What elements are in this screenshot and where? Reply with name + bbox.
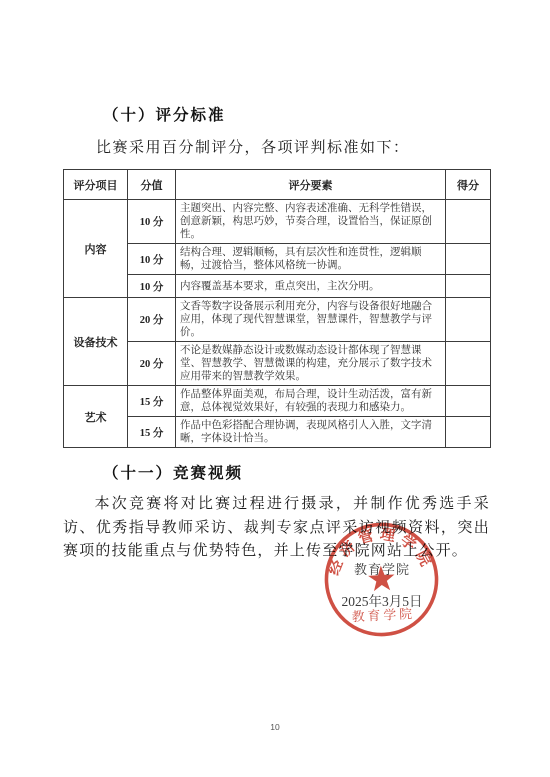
table-row: 15 分 作品中色彩搭配合理协调，表现风格引人入胜，文字清晰，字体设计恰当。 <box>64 417 491 448</box>
criteria-cell: 结构合理、逻辑顺畅，具有层次性和连贯性，逻辑顺畅，过渡恰当，整体风格统一协调。 <box>176 244 446 275</box>
earned-cell <box>446 244 491 275</box>
score-cell: 10 分 <box>128 200 176 244</box>
section-heading-scoring-standards: （十）评分标准 <box>103 0 490 125</box>
column-header-earned: 得分 <box>446 170 491 200</box>
table-row: 10 分 内容覆盖基本要求，重点突出，主次分明。 <box>64 275 491 298</box>
score-cell: 15 分 <box>128 386 176 417</box>
scoring-intro-text: 比赛采用百分制评分，各项评判标准如下： <box>63 136 490 157</box>
score-cell: 15 分 <box>128 417 176 448</box>
criteria-cell: 不论是数媒静态设计或数媒动态设计都体现了智慧课堂、智慧教学、智慧微课的构建，充分… <box>176 342 446 386</box>
scoring-table: 评分项目 分值 评分要素 得分 内容 10 分 主题突出、内容完整、内容表述准确… <box>63 169 491 448</box>
criteria-cell: 主题突出、内容完整、内容表述准确、无科学性错误，创意新颖，构思巧妙，节奏合理，设… <box>176 200 446 244</box>
group-cell-art: 艺术 <box>64 386 128 448</box>
group-cell-equipment-tech: 设备技术 <box>64 298 128 386</box>
group-cell-content: 内容 <box>64 200 128 298</box>
page-number: 10 <box>0 722 550 732</box>
document-page: （十）评分标准 比赛采用百分制评分，各项评判标准如下： 评分项目 分值 评分要素… <box>0 0 550 777</box>
criteria-cell: 作品整体界面美观，布局合理，设计生动活泼，富有新意，总体视觉效果好，有较强的表现… <box>176 386 446 417</box>
score-cell: 20 分 <box>128 298 176 342</box>
earned-cell <box>446 386 491 417</box>
criteria-cell: 作品中色彩搭配合理协调，表现风格引人入胜，文字清晰，字体设计恰当。 <box>176 417 446 448</box>
earned-cell <box>446 342 491 386</box>
section-heading-competition-video: （十一）竞赛视频 <box>103 461 490 483</box>
official-seal-stamp: 经济管理学院 教育学院 <box>319 517 444 642</box>
seal-bottom-text: 教育学院 <box>351 606 415 624</box>
table-row: 20 分 不论是数媒静态设计或数媒动态设计都体现了智慧课堂、智慧教学、智慧微课的… <box>64 342 491 386</box>
criteria-cell: 文香等数字设备展示利用充分，内容与设备很好地融合应用，体现了现代智慧课堂，智慧课… <box>176 298 446 342</box>
column-header-item: 评分项目 <box>64 170 128 200</box>
seal-star-icon <box>368 565 396 591</box>
earned-cell <box>446 200 491 244</box>
criteria-cell: 内容覆盖基本要求，重点突出，主次分明。 <box>176 275 446 298</box>
score-cell: 20 分 <box>128 342 176 386</box>
earned-cell <box>446 417 491 448</box>
table-row: 10 分 结构合理、逻辑顺畅，具有层次性和连贯性，逻辑顺畅，过渡恰当，整体风格统… <box>64 244 491 275</box>
table-row: 设备技术 20 分 文香等数字设备展示利用充分，内容与设备很好地融合应用，体现了… <box>64 298 491 342</box>
earned-cell <box>446 275 491 298</box>
table-row: 艺术 15 分 作品整体界面美观，布局合理，设计生动活泼，富有新意，总体视觉效果… <box>64 386 491 417</box>
score-cell: 10 分 <box>128 275 176 298</box>
score-cell: 10 分 <box>128 244 176 275</box>
column-header-score: 分值 <box>128 170 176 200</box>
table-header-row: 评分项目 分值 评分要素 得分 <box>64 170 491 200</box>
earned-cell <box>446 298 491 342</box>
column-header-criteria: 评分要素 <box>176 170 446 200</box>
table-row: 内容 10 分 主题突出、内容完整、内容表述准确、无科学性错误，创意新颖，构思巧… <box>64 200 491 244</box>
